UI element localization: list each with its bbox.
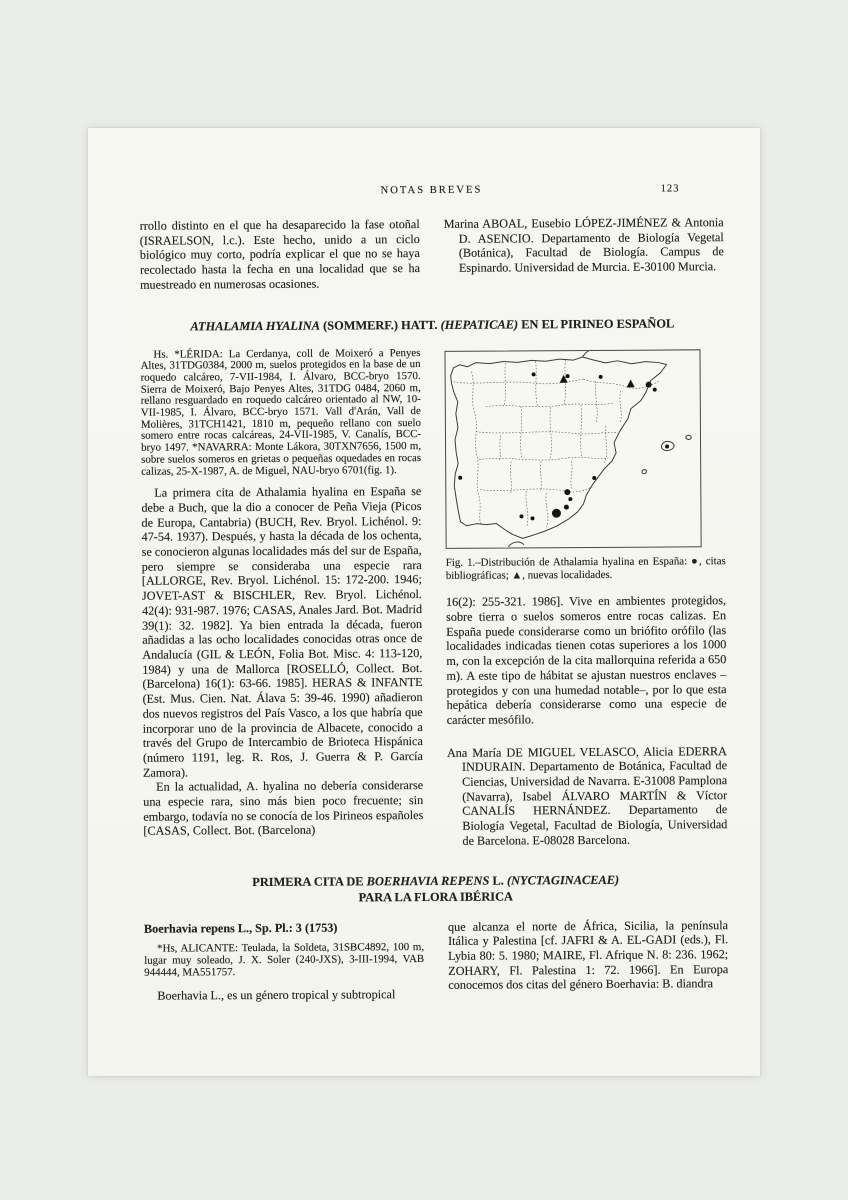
- map-dot-marker: [519, 514, 523, 518]
- note2-title-family: (HEPATICAE): [441, 317, 519, 331]
- running-title: NOTAS BREVES: [139, 183, 723, 198]
- map-triangle-marker: [627, 379, 635, 387]
- map-dot-marker: [532, 372, 536, 376]
- note3-left-para: Boerhavia L., es un género tropical y su…: [144, 987, 424, 1003]
- running-head: NOTAS BREVES 123: [139, 183, 723, 202]
- map-dot-marker: [653, 387, 657, 391]
- note2-title-region: EN EL PIRINEO ESPAÑOL: [518, 316, 674, 331]
- map-dot-marker: [665, 444, 669, 448]
- note3-title-prefix: PRIMERA CITA DE: [252, 874, 366, 889]
- note2-records: Hs. *LÉRIDA: La Cerdanya, coll de Moixer…: [140, 348, 421, 478]
- note2-title: ATHALAMIA HYALINA (SOMMERF.) HATT. (HEPA…: [140, 316, 724, 335]
- note3-title-authority: L.: [489, 873, 507, 887]
- note3-species-line: Boerhavia repens L., Sp. Pl.: 3 (1753): [144, 920, 424, 936]
- note2-para2: En la actualidad, A. hyalina no debería …: [143, 778, 423, 839]
- map-triangle-marker: [560, 374, 568, 382]
- note3-title-family: (NYCTAGINACEAE): [507, 872, 619, 887]
- map-dot-marker: [552, 508, 561, 517]
- page-number: 123: [661, 183, 680, 194]
- note3-title: PRIMERA CITA DE BOERHAVIA REPENS L. (NYC…: [144, 871, 728, 907]
- note1-authors: Marina ABOAL, Eusebio LÓPEZ-JIMÉNEZ & An…: [444, 215, 724, 276]
- note2-para3: 16(2): 255-321. 1986]. Vive en ambientes…: [446, 593, 727, 727]
- paper-page: NOTAS BREVES 123 rrollo distinto en el q…: [88, 128, 760, 1076]
- note2-title-authority: (SOMMERF.) HATT.: [320, 317, 441, 332]
- note3-records: *Hs, ALICANTE: Teulada, la Soldeta, 31SB…: [144, 942, 424, 979]
- map-dot-marker: [564, 489, 570, 495]
- map-dot-marker: [530, 516, 534, 520]
- note2-title-species: ATHALAMIA HYALINA: [190, 318, 320, 333]
- scanned-page-content: NOTAS BREVES 123 rrollo distinto en el q…: [85, 126, 763, 1078]
- map-dot-marker: [646, 381, 652, 387]
- map-dot-marker: [458, 475, 462, 479]
- note1-section: rrollo distinto en el que ha desaparecid…: [140, 215, 724, 292]
- map-dot-marker: [564, 504, 569, 509]
- figure-1-map: [444, 349, 701, 549]
- map-dot-marker: [568, 497, 572, 501]
- map-marker-layer: [445, 350, 700, 548]
- note2-authors: Ana María DE MIGUEL VELASCO, Alicia EDER…: [447, 744, 728, 849]
- note3-right-para: que alcanza el norte de África, Sicilia,…: [448, 918, 728, 993]
- note3-body: Boerhavia repens L., Sp. Pl.: 3 (1753) *…: [144, 918, 728, 1004]
- note3-title-species: BOERHAVIA REPENS: [367, 873, 490, 888]
- figure-caption: Fig. 1.–Distribución de Athalamia hyalin…: [446, 555, 726, 584]
- note2-body: Hs. *LÉRIDA: La Cerdanya, coll de Moixer…: [140, 346, 727, 851]
- map-dot-marker: [592, 475, 596, 479]
- note2-para1: La primera cita de Athalamia hyalina en …: [141, 484, 423, 780]
- note3-title-line2: PARA LA FLORA IBÉRICA: [144, 887, 728, 907]
- map-dot-marker: [599, 374, 603, 378]
- note1-left-text: rrollo distinto en el que ha desaparecid…: [140, 217, 420, 292]
